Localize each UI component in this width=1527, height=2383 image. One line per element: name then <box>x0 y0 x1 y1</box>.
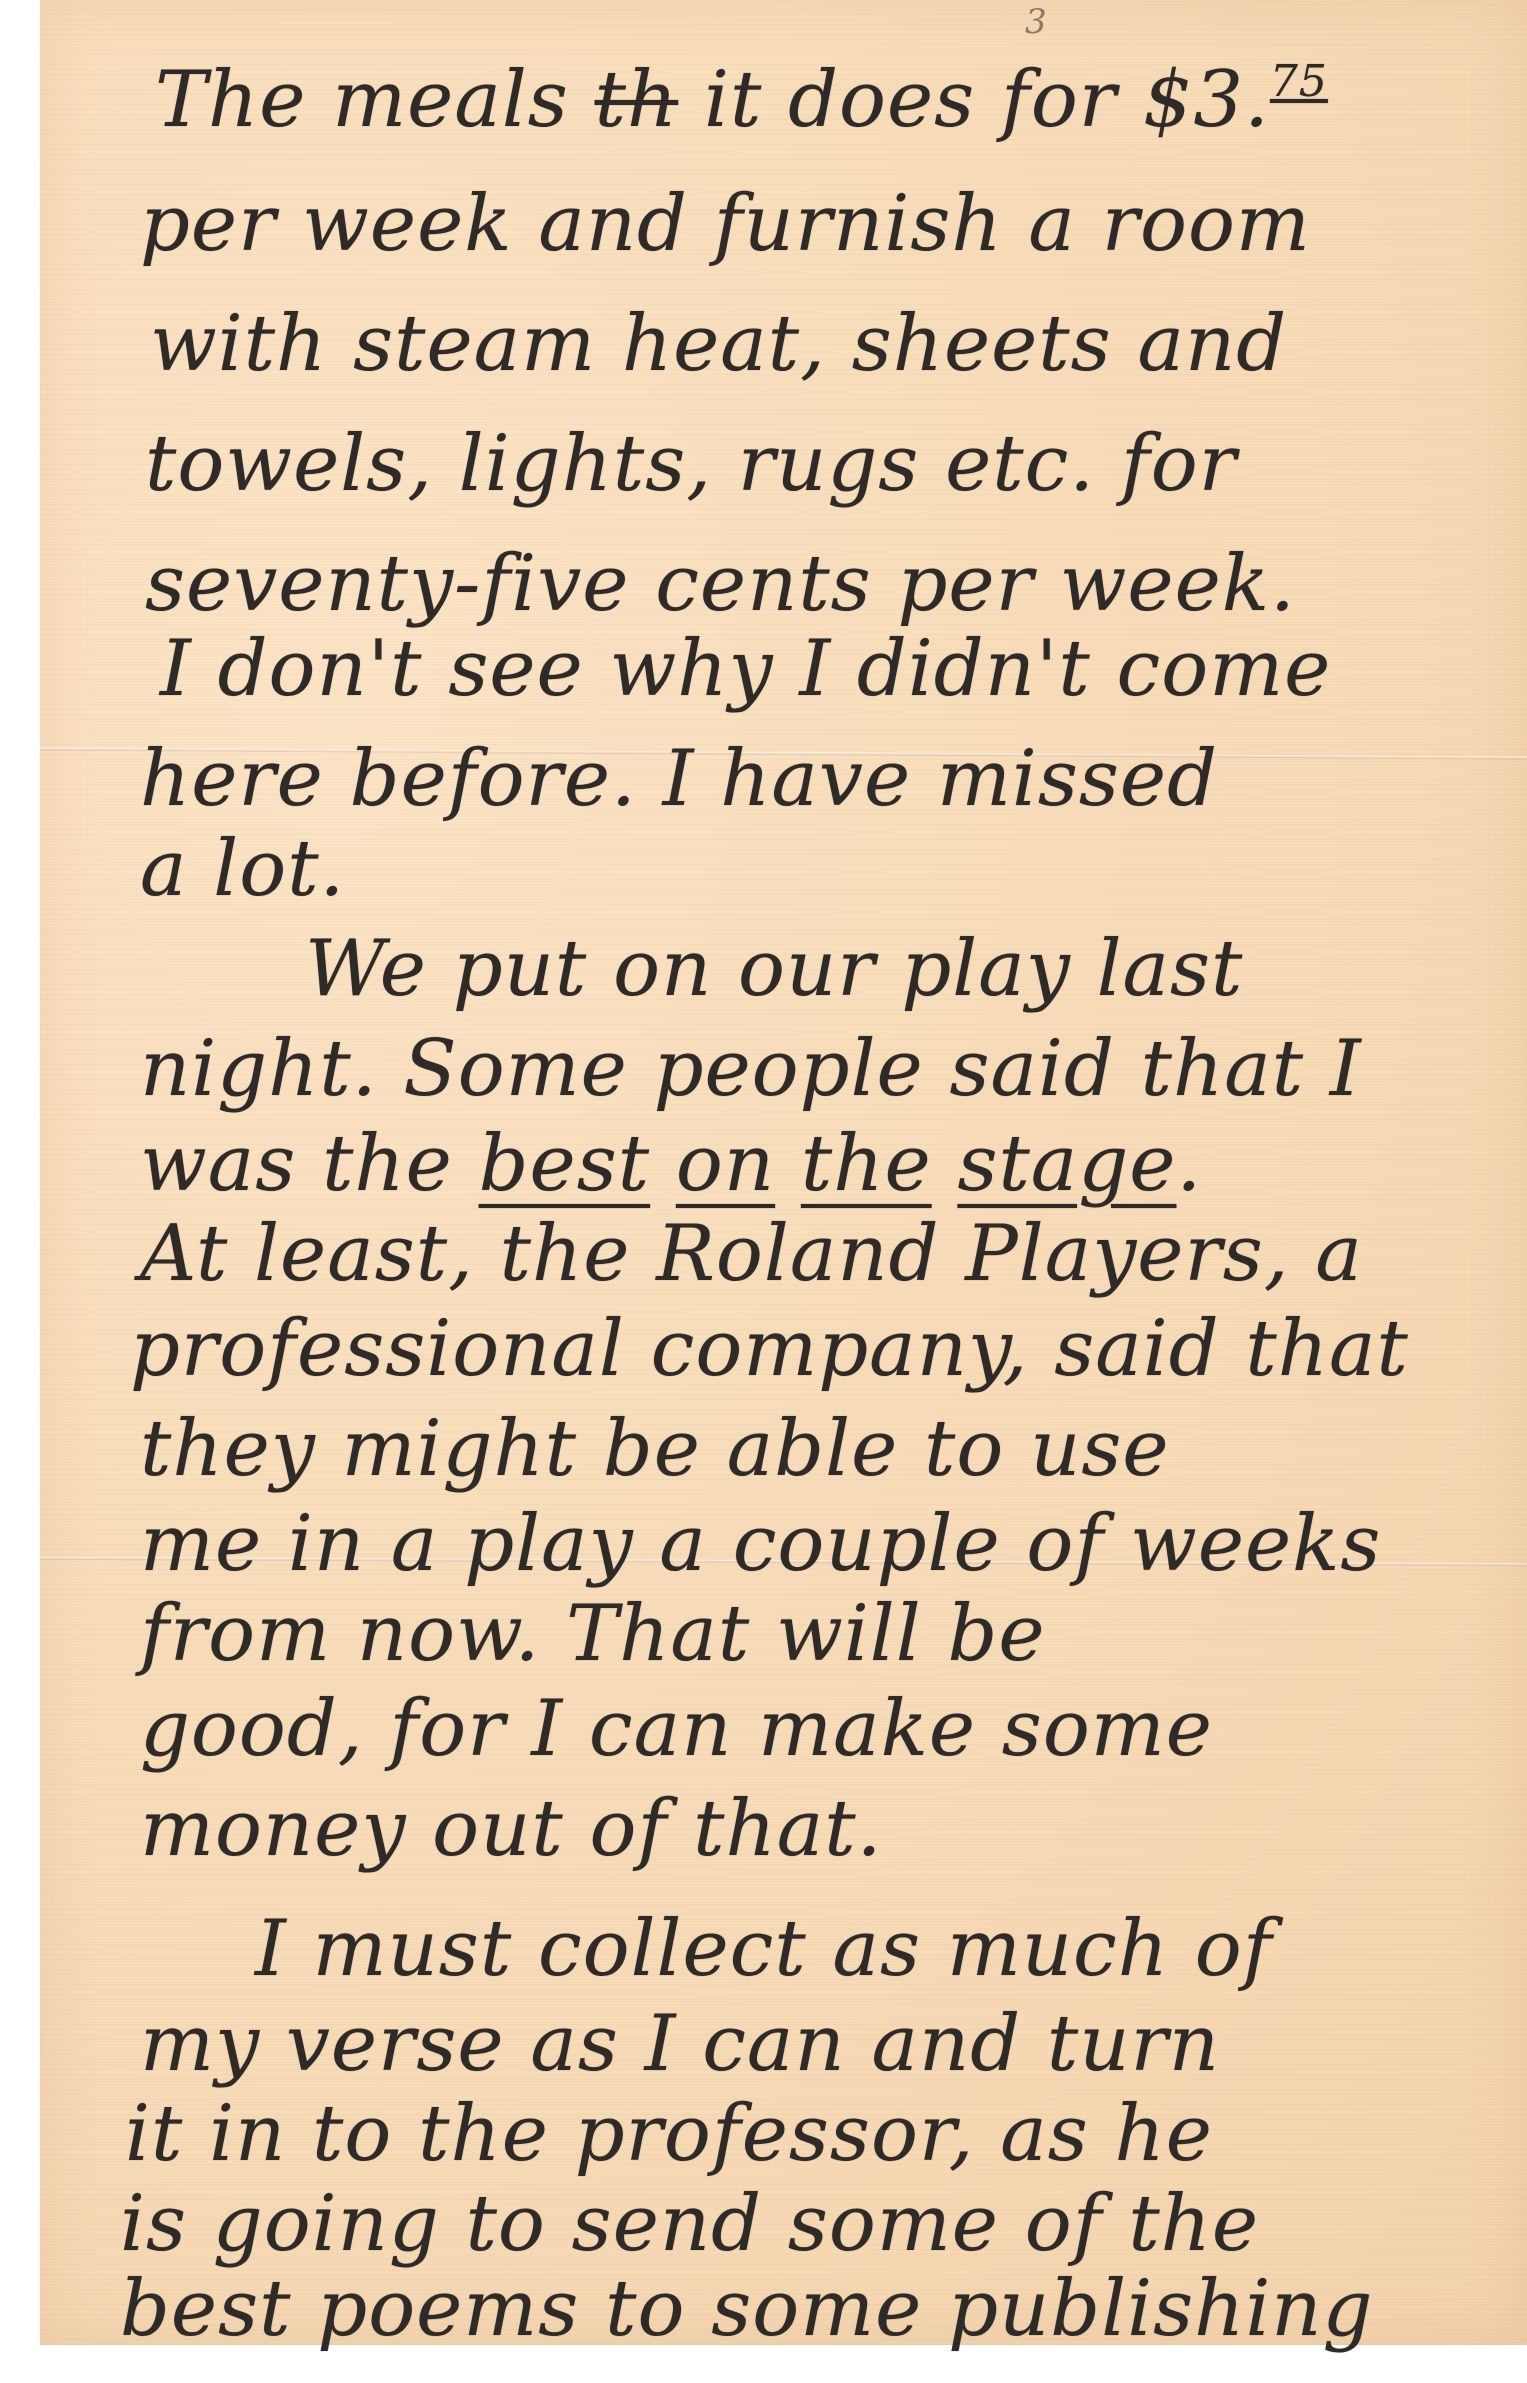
text-line-9: We put on our play last <box>305 930 1243 1008</box>
underlined-word: on <box>676 1119 775 1209</box>
text-line-14: they might be able to use <box>140 1410 1170 1488</box>
text-line-2: per week and furnish a room <box>140 185 1311 263</box>
page-number-mark: 3 <box>1025 2 1047 42</box>
text-line-8: a lot. <box>140 830 345 908</box>
text-line-12: At least, the Roland Players, a <box>140 1215 1363 1293</box>
text-line-1: The meals th it does for $3.75 <box>155 60 1328 139</box>
text-line-22: is going to send some of the <box>120 2185 1259 2263</box>
text-line-15: me in a play a couple of weeks <box>140 1505 1381 1583</box>
text-line-17: good, for I can make some <box>140 1690 1213 1768</box>
letter-page: 3 The meals th it does for $3.75 per wee… <box>40 0 1527 2345</box>
cents-superscript: 75 <box>1270 56 1328 107</box>
text-line-19: I must collect as much of <box>255 1910 1273 1988</box>
text-line-10: night. Some people said that I <box>140 1030 1362 1108</box>
underlined-word: best <box>479 1119 650 1209</box>
text-line-7: here before. I have missed <box>140 740 1218 818</box>
text-line-3: with steam heat, sheets and <box>150 305 1287 383</box>
text-line-13: professional company, said that <box>130 1310 1409 1388</box>
text-line-23: best poems to some publishing <box>120 2270 1373 2348</box>
text-line-18: money out of that. <box>140 1790 882 1868</box>
text-line-6: I don't see why I didn't come <box>160 630 1331 708</box>
text-line-21: it in to the professor, as he <box>125 2095 1213 2173</box>
text-line-16: from now. That will be <box>140 1595 1046 1673</box>
underlined-word: stage <box>957 1119 1176 1209</box>
text-line-11: was the best on the stage. <box>140 1125 1202 1203</box>
text-line-5: seventy-five cents per week. <box>145 545 1296 623</box>
underlined-word: the <box>801 1119 932 1209</box>
text-line-4: towels, lights, rugs etc. for <box>145 425 1237 503</box>
struck-text: th <box>595 55 679 145</box>
text-line-20: my verse as I can and turn <box>140 2005 1220 2083</box>
